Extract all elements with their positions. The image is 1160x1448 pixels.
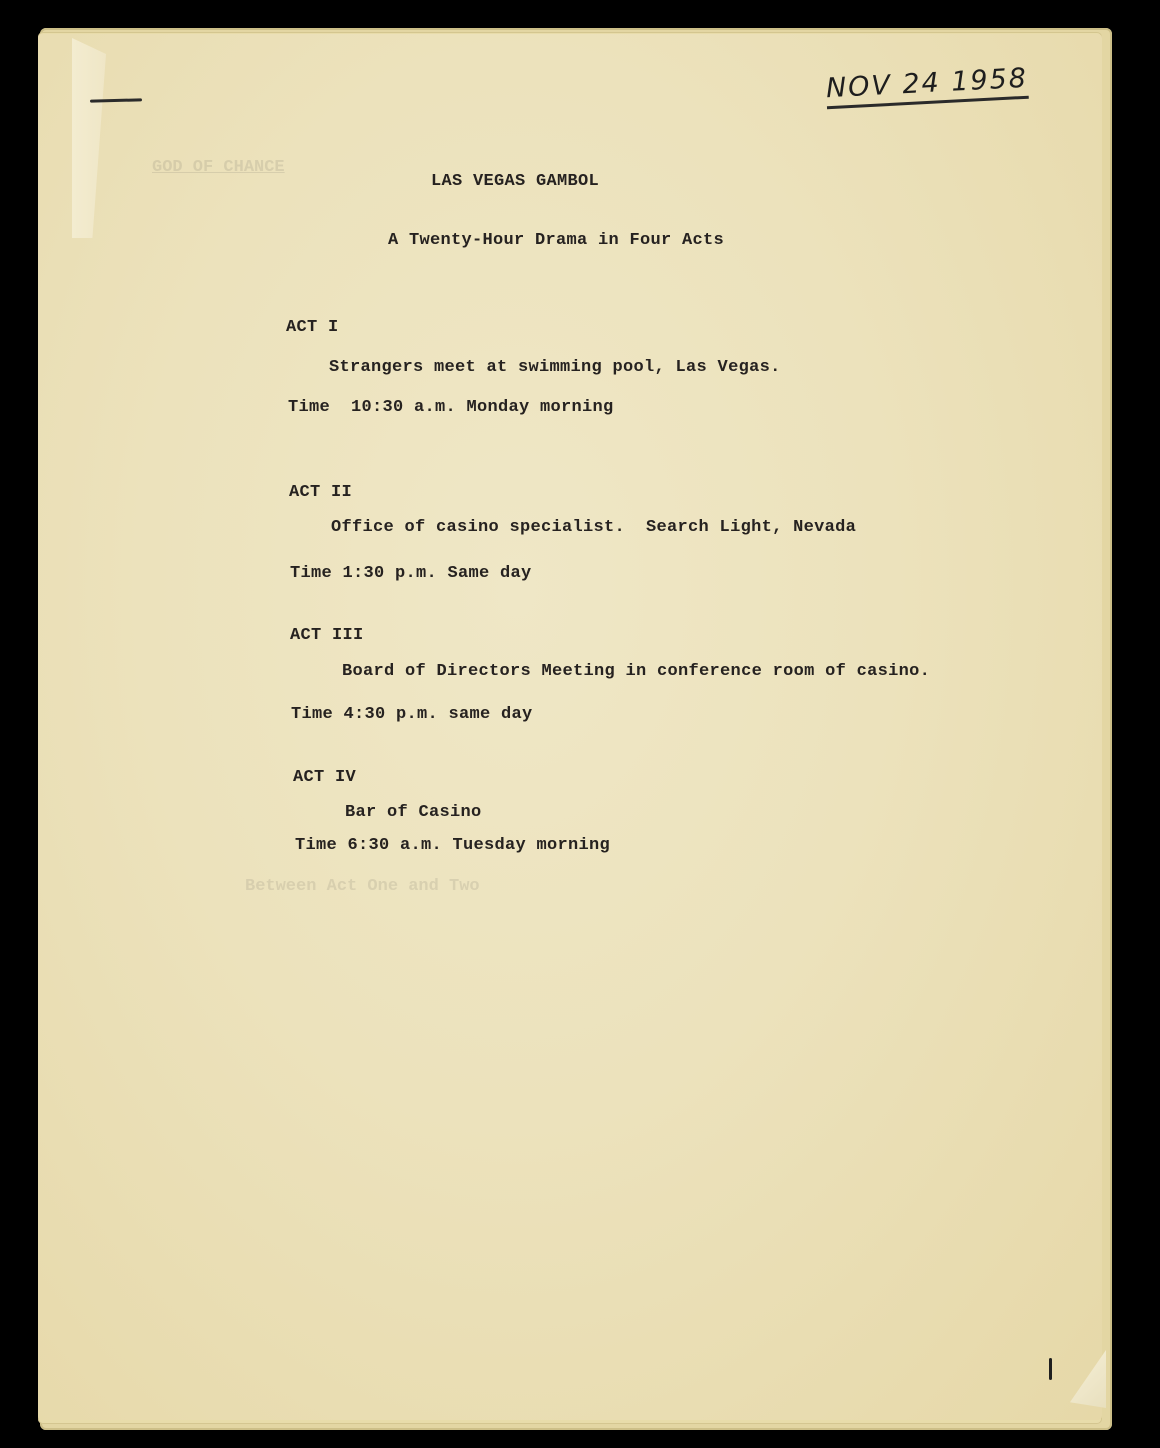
act-4-label: ACT IV	[293, 768, 356, 787]
bleed-through-section: Between Act One and Two	[245, 877, 480, 896]
page-number-mark: 1	[1049, 1358, 1052, 1380]
act-1-label: ACT I	[286, 318, 339, 337]
act-4-setting: Bar of Casino	[345, 803, 482, 822]
act-1-time: Time 10:30 a.m. Monday morning	[288, 398, 614, 417]
document-title: LAS VEGAS GAMBOL	[431, 172, 599, 191]
act-3-setting: Board of Directors Meeting in conference…	[342, 662, 930, 681]
act-3-time: Time 4:30 p.m. same day	[291, 705, 533, 724]
act-4-time: Time 6:30 a.m. Tuesday morning	[295, 836, 610, 855]
act-2-setting: Office of casino specialist. Search Ligh…	[331, 518, 856, 537]
bleed-through-heading: GOD OF CHANCE	[152, 158, 285, 177]
document-subtitle: A Twenty-Hour Drama in Four Acts	[388, 231, 724, 250]
act-1-setting: Strangers meet at swimming pool, Las Veg…	[329, 358, 781, 377]
act-2-time: Time 1:30 p.m. Same day	[290, 564, 532, 583]
act-2-label: ACT II	[289, 483, 352, 502]
act-3-label: ACT III	[290, 626, 364, 645]
